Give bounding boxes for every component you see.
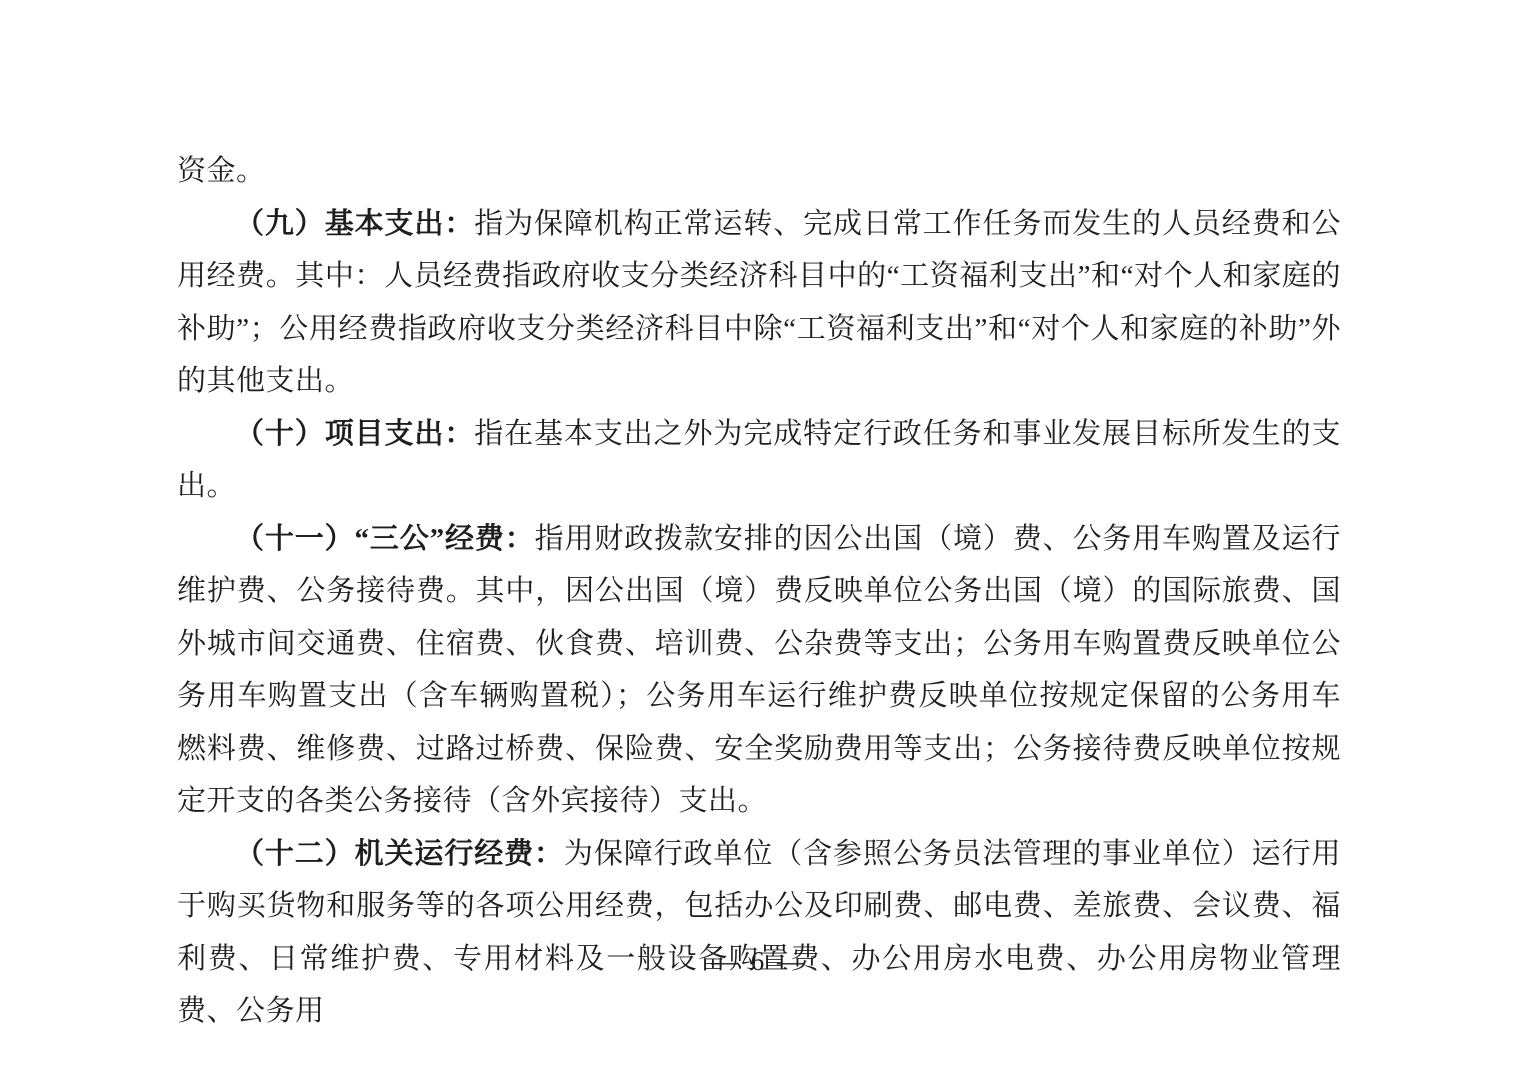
- paragraph-item-twelve-agency-operating-funds: （十二）机关运行经费：为保障行政单位（含参照公务员法管理的事业单位）运行用于购买…: [177, 828, 1341, 1038]
- paragraph-item-ten-project-expenditure: （十）项目支出：指在基本支出之外为完成特定行政任务和事业发展目标所发生的支出。: [177, 408, 1341, 513]
- document-page: 资金。 （九）基本支出：指为保障机构正常运转、完成日常工作任务而发生的人员经费和…: [0, 0, 1520, 1074]
- paragraph-continuation: 资金。: [177, 145, 1341, 198]
- page-number: — 6 —: [177, 941, 1341, 981]
- paragraph-heading: （十二）机关运行经费：: [235, 838, 564, 870]
- paragraph-heading: （十一）“三公”经费：: [235, 523, 535, 555]
- paragraph-heading: （十）项目支出：: [235, 418, 474, 450]
- paragraph-text: 指用财政拨款安排的因公出国（境）费、公务用车购置及运行维护费、公务接待费。其中，…: [177, 523, 1341, 818]
- paragraph-item-eleven-three-public-funds: （十一）“三公”经费：指用财政拨款安排的因公出国（境）费、公务用车购置及运行维护…: [177, 513, 1341, 828]
- document-body: 资金。 （九）基本支出：指为保障机构正常运转、完成日常工作任务而发生的人员经费和…: [177, 145, 1341, 1038]
- paragraph-item-nine-basic-expenditure: （九）基本支出：指为保障机构正常运转、完成日常工作任务而发生的人员经费和公用经费…: [177, 198, 1341, 408]
- paragraph-heading: （九）基本支出：: [235, 208, 474, 240]
- paragraph-text: 资金。: [177, 155, 266, 187]
